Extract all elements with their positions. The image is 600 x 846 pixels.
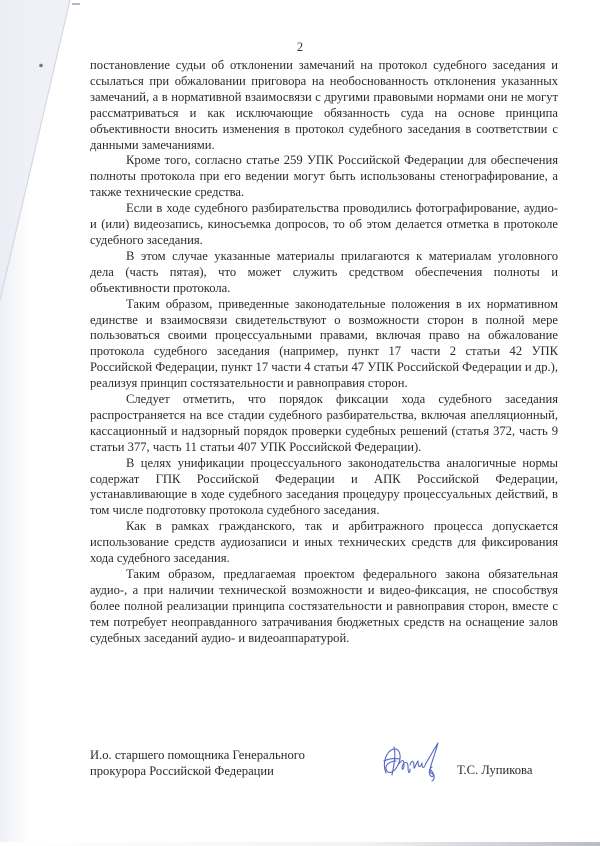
document-body: постановление судьи об отклонении замеча… [90, 58, 558, 647]
signature-block: И.о. старшего помощника Генерального про… [90, 747, 560, 797]
paragraph-7: В целях унификации процессуального закон… [90, 456, 558, 520]
page-number: 2 [0, 40, 600, 55]
paragraph-3: Если в ходе судебного разбирательства пр… [90, 201, 558, 249]
paragraph-1: постановление судьи об отклонении замеча… [90, 58, 558, 153]
paragraph-5: Таким образом, приведенные законодательн… [90, 297, 558, 392]
scan-bottom-edge [0, 842, 600, 846]
signatory-title: И.о. старшего помощника Генерального про… [90, 747, 350, 779]
paragraph-4: В этом случае указанные материалы прилаг… [90, 249, 558, 297]
paragraph-8: Как в рамках гражданского, так и арбитра… [90, 519, 558, 567]
handwritten-signature-icon [380, 739, 450, 783]
signatory-name: Т.С. Лупикова [457, 762, 532, 778]
paragraph-9: Таким образом, предлагаемая проектом фед… [90, 567, 558, 647]
paper-fold-shadow-icon [0, 0, 80, 846]
scan-speck-icon [38, 63, 44, 68]
paragraph-6: Следует отметить, что порядок фиксации х… [90, 392, 558, 456]
signatory-title-line-1: И.о. старшего помощника Генерального [90, 747, 350, 763]
signatory-title-line-2: прокурора Российской Федерации [90, 763, 350, 779]
document-page: 2 постановление судьи об отклонении заме… [0, 0, 600, 846]
paragraph-2: Кроме того, согласно статье 259 УПК Росс… [90, 153, 558, 201]
